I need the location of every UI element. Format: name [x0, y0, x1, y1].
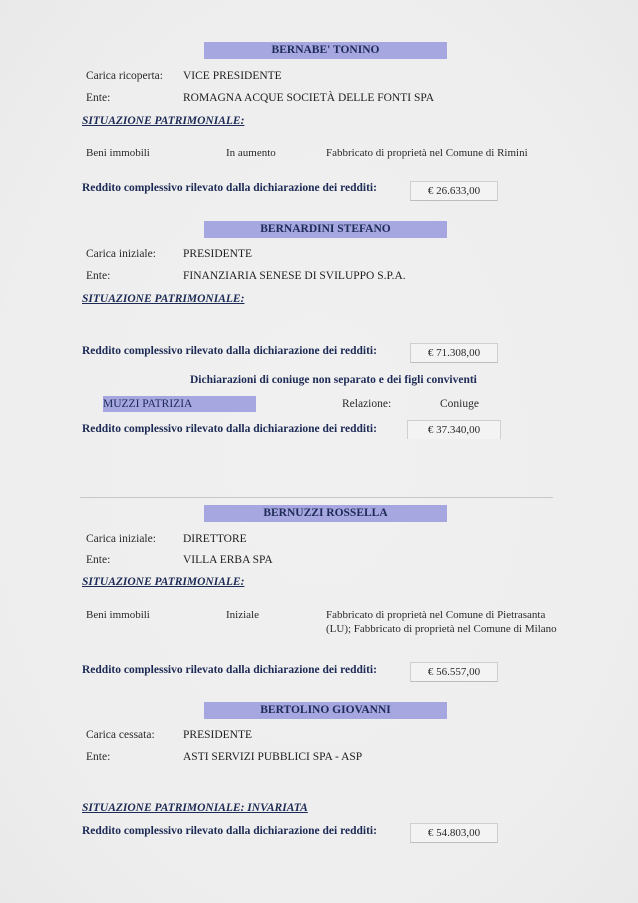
patrimony-section-title: SITUAZIONE PATRIMONIALE: INVARIATA	[82, 802, 308, 814]
entity-value: FINANZIARIA SENESE DI SVILUPPO S.P.A.	[183, 270, 406, 282]
income-label: Reddito complessivo rilevato dalla dichi…	[82, 664, 377, 676]
person-name-header: BERNABE' TONINO	[204, 42, 447, 59]
family-member-name: MUZZI PATRIZIA	[103, 396, 256, 412]
relation-label: Relazione:	[342, 398, 391, 410]
document-page: BERNABE' TONINO Carica ricoperta: VICE P…	[0, 0, 638, 903]
income-amount: € 54.803,00	[410, 823, 498, 843]
asset-description: Fabbricato di proprietà nel Comune di Pi…	[326, 609, 571, 636]
role-label: Carica cessata:	[86, 729, 155, 741]
entity-value: VILLA ERBA SPA	[183, 554, 273, 566]
person-name-header: BERNARDINI STEFANO	[204, 221, 447, 238]
family-declarations-heading: Dichiarazioni di coniuge non separato e …	[190, 374, 477, 386]
income-label: Reddito complessivo rilevato dalla dichi…	[82, 182, 377, 194]
patrimony-section-title: SITUAZIONE PATRIMONIALE:	[82, 576, 244, 588]
patrimony-section-title: SITUAZIONE PATRIMONIALE:	[82, 115, 244, 127]
person-name-header: BERTOLINO GIOVANNI	[204, 702, 447, 719]
role-label: Carica iniziale:	[86, 248, 156, 260]
relation-value: Coniuge	[440, 398, 479, 410]
entity-label: Ente:	[86, 554, 110, 566]
asset-status: Iniziale	[226, 609, 259, 621]
asset-status: In aumento	[226, 147, 276, 159]
income-amount: € 56.557,00	[410, 662, 498, 682]
role-value: VICE PRESIDENTE	[183, 70, 282, 82]
entity-label: Ente:	[86, 751, 110, 763]
role-value: PRESIDENTE	[183, 729, 252, 741]
role-value: DIRETTORE	[183, 533, 247, 545]
income-label: Reddito complessivo rilevato dalla dichi…	[82, 345, 377, 357]
person-name-header: BERNUZZI ROSSELLA	[204, 505, 447, 522]
entity-label: Ente:	[86, 92, 110, 104]
income-amount: € 26.633,00	[410, 181, 498, 201]
entity-value: ASTI SERVIZI PUBBLICI SPA - ASP	[183, 751, 362, 763]
asset-type: Beni immobili	[86, 609, 150, 621]
page-separator	[80, 497, 553, 498]
family-income-amount: € 37.340,00	[407, 420, 501, 439]
asset-type: Beni immobili	[86, 147, 150, 159]
entity-label: Ente:	[86, 270, 110, 282]
income-amount: € 71.308,00	[410, 343, 498, 363]
entity-value: ROMAGNA ACQUE SOCIETÀ DELLE FONTI SPA	[183, 92, 434, 104]
role-label: Carica ricoperta:	[86, 70, 163, 82]
asset-description: Fabbricato di proprietà nel Comune di Ri…	[326, 147, 571, 161]
patrimony-section-title: SITUAZIONE PATRIMONIALE:	[82, 293, 244, 305]
role-value: PRESIDENTE	[183, 248, 252, 260]
family-income-label: Reddito complessivo rilevato dalla dichi…	[82, 423, 377, 435]
role-label: Carica iniziale:	[86, 533, 156, 545]
income-label: Reddito complessivo rilevato dalla dichi…	[82, 825, 377, 837]
